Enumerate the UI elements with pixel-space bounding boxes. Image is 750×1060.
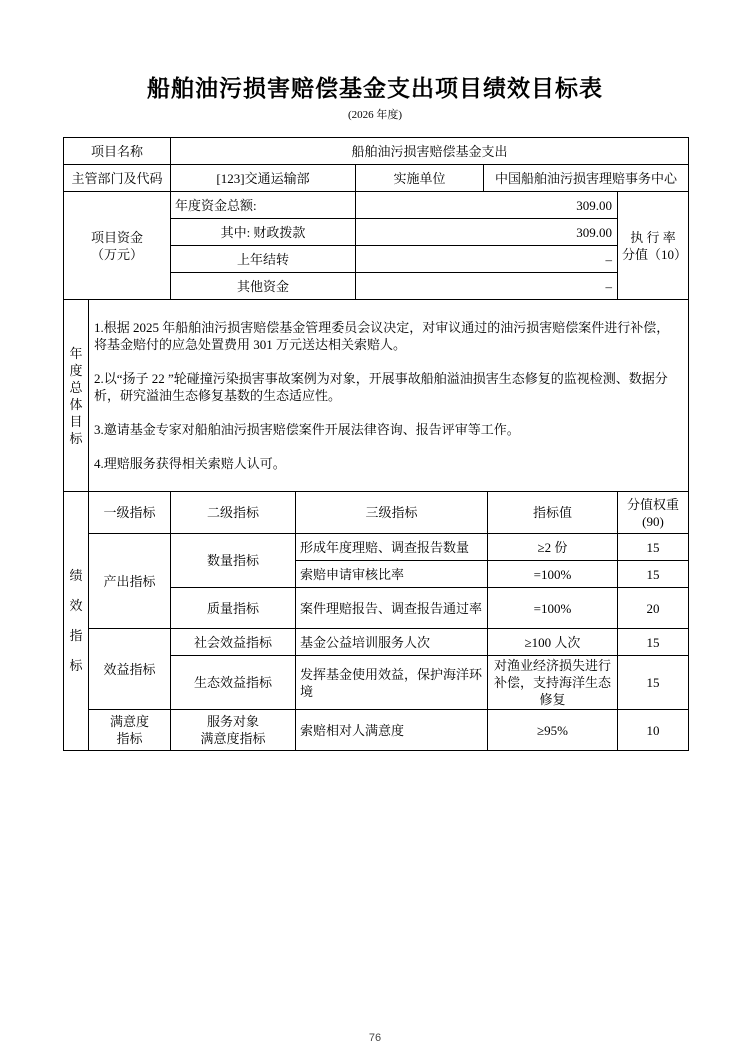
goal-item-1: 1.根据 2025 年船舶油污损害赔偿基金管理委员会议决定，对审议通过的油污损害… [94,319,683,353]
indicator-value-cell: =100% [488,588,618,629]
annual-goal-content-cell: 1.根据 2025 年船舶油污损害赔偿基金管理委员会议决定，对审议通过的油污损害… [89,300,689,492]
funding-total-label-cell: 年度资金总额: [171,192,356,219]
col-header-level3: 三级指标 [296,492,488,534]
level1-benefit-cell: 效益指标 [89,629,171,710]
funding-other-label-cell: 其他资金 [171,273,356,300]
indicator-value-cell: ≥2 份 [488,534,618,561]
dept-label-cell: 主管部门及代码 [64,165,171,192]
table-row: 效益指标 社会效益指标 基金公益培训服务人次 ≥100 人次 15 [64,629,689,656]
indicator-value-cell: ≥100 人次 [488,629,618,656]
weight-cell: 20 [618,588,689,629]
level2-quality-cell: 质量指标 [171,588,296,629]
level3-cell: 索赔申请审核比率 [296,561,488,588]
level3-cell: 索赔相对人满意度 [296,710,488,751]
project-name-label-cell: 项目名称 [64,138,171,165]
level1-satisfaction-cell: 满意度 指标 [89,710,171,751]
table-row: 产出指标 数量指标 形成年度理赔、调查报告数量 ≥2 份 15 [64,534,689,561]
indicators-table: 绩效指标 一级指标 二级指标 三级指标 指标值 分值权重 (90) 产出指标 数… [63,491,689,751]
funding-other-value-cell: – [356,273,618,300]
indicators-side-label-cell: 绩效指标 [64,492,89,751]
indicator-value-cell: =100% [488,561,618,588]
page-title: 船舶油污损害赔偿基金支出项目绩效目标表 [0,70,750,103]
level1-output-cell: 产出指标 [89,534,171,629]
table-row: 项目名称 船舶油污损害赔偿基金支出 [64,138,689,165]
level2-social-cell: 社会效益指标 [171,629,296,656]
funding-side-label-cell: 项目资金 （万元） [64,192,171,300]
page-subtitle: (2026 年度) [0,106,750,122]
indicator-value-cell: 对渔业经济损失进行补偿，支持海洋生态修复 [488,656,618,710]
funding-fiscal-label-cell: 其中: 财政拨款 [171,219,356,246]
table-row: 主管部门及代码 [123]交通运输部 实施单位 中国船舶油污损害理赔事务中心 [64,165,689,192]
level3-cell: 发挥基金使用效益，保护海洋环境 [296,656,488,710]
table-row: 满意度 指标 服务对象 满意度指标 索赔相对人满意度 ≥95% 10 [64,710,689,751]
col-header-level1: 一级指标 [89,492,171,534]
indicators-header-row: 绩效指标 一级指标 二级指标 三级指标 指标值 分值权重 (90) [64,492,689,534]
annual-goal-table: 年度总体目标 1.根据 2025 年船舶油污损害赔偿基金管理委员会议决定，对审议… [63,299,689,492]
performance-target-table: 项目名称 船舶油污损害赔偿基金支出 主管部门及代码 [123]交通运输部 实施单… [63,137,688,751]
funding-carryover-value-cell: – [356,246,618,273]
weight-cell: 10 [618,710,689,751]
document-page: 船舶油污损害赔偿基金支出项目绩效目标表 (2026 年度) 项目名称 船舶油污损… [0,0,750,1060]
funding-fiscal-value-cell: 309.00 [356,219,618,246]
header-and-funding-table: 项目名称 船舶油污损害赔偿基金支出 主管部门及代码 [123]交通运输部 实施单… [63,137,689,300]
level3-cell: 案件理赔报告、调查报告通过率 [296,588,488,629]
level3-cell: 形成年度理赔、调查报告数量 [296,534,488,561]
goal-item-2: 2.以“扬子 22 ”轮碰撞污染损害事故案例为对象，开展事故船舶溢油损害生态修复… [94,370,683,404]
level2-quantity-cell: 数量指标 [171,534,296,588]
col-header-weight: 分值权重 (90) [618,492,689,534]
indicator-value-cell: ≥95% [488,710,618,751]
execution-rate-score-cell: 执 行 率 分值（10） [618,192,689,300]
funding-total-value-cell: 309.00 [356,192,618,219]
level2-eco-cell: 生态效益指标 [171,656,296,710]
weight-cell: 15 [618,629,689,656]
project-name-value-cell: 船舶油污损害赔偿基金支出 [171,138,689,165]
table-row: 年度总体目标 1.根据 2025 年船舶油污损害赔偿基金管理委员会议决定，对审议… [64,300,689,492]
dept-value-cell: [123]交通运输部 [171,165,356,192]
funding-carryover-label-cell: 上年结转 [171,246,356,273]
weight-cell: 15 [618,534,689,561]
page-number: 76 [0,1032,750,1044]
weight-cell: 15 [618,561,689,588]
level3-cell: 基金公益培训服务人次 [296,629,488,656]
col-header-level2: 二级指标 [171,492,296,534]
col-header-value: 指标值 [488,492,618,534]
annual-goal-side-label-cell: 年度总体目标 [64,300,89,492]
annual-goal-side-label: 年度总体目标 [70,345,83,447]
goal-item-4: 4.理赔服务获得相关索赔人认可。 [94,455,683,472]
goal-item-3: 3.邀请基金专家对船舶油污损害赔偿案件开展法律咨询、报告评审等工作。 [94,421,683,438]
impl-unit-value-cell: 中国船舶油污损害理赔事务中心 [484,165,689,192]
indicators-side-label: 绩效指标 [70,561,83,681]
level2-service-target-cell: 服务对象 满意度指标 [171,710,296,751]
impl-unit-label-cell: 实施单位 [356,165,484,192]
table-row: 项目资金 （万元） 年度资金总额: 309.00 执 行 率 分值（10） [64,192,689,219]
weight-cell: 15 [618,656,689,710]
